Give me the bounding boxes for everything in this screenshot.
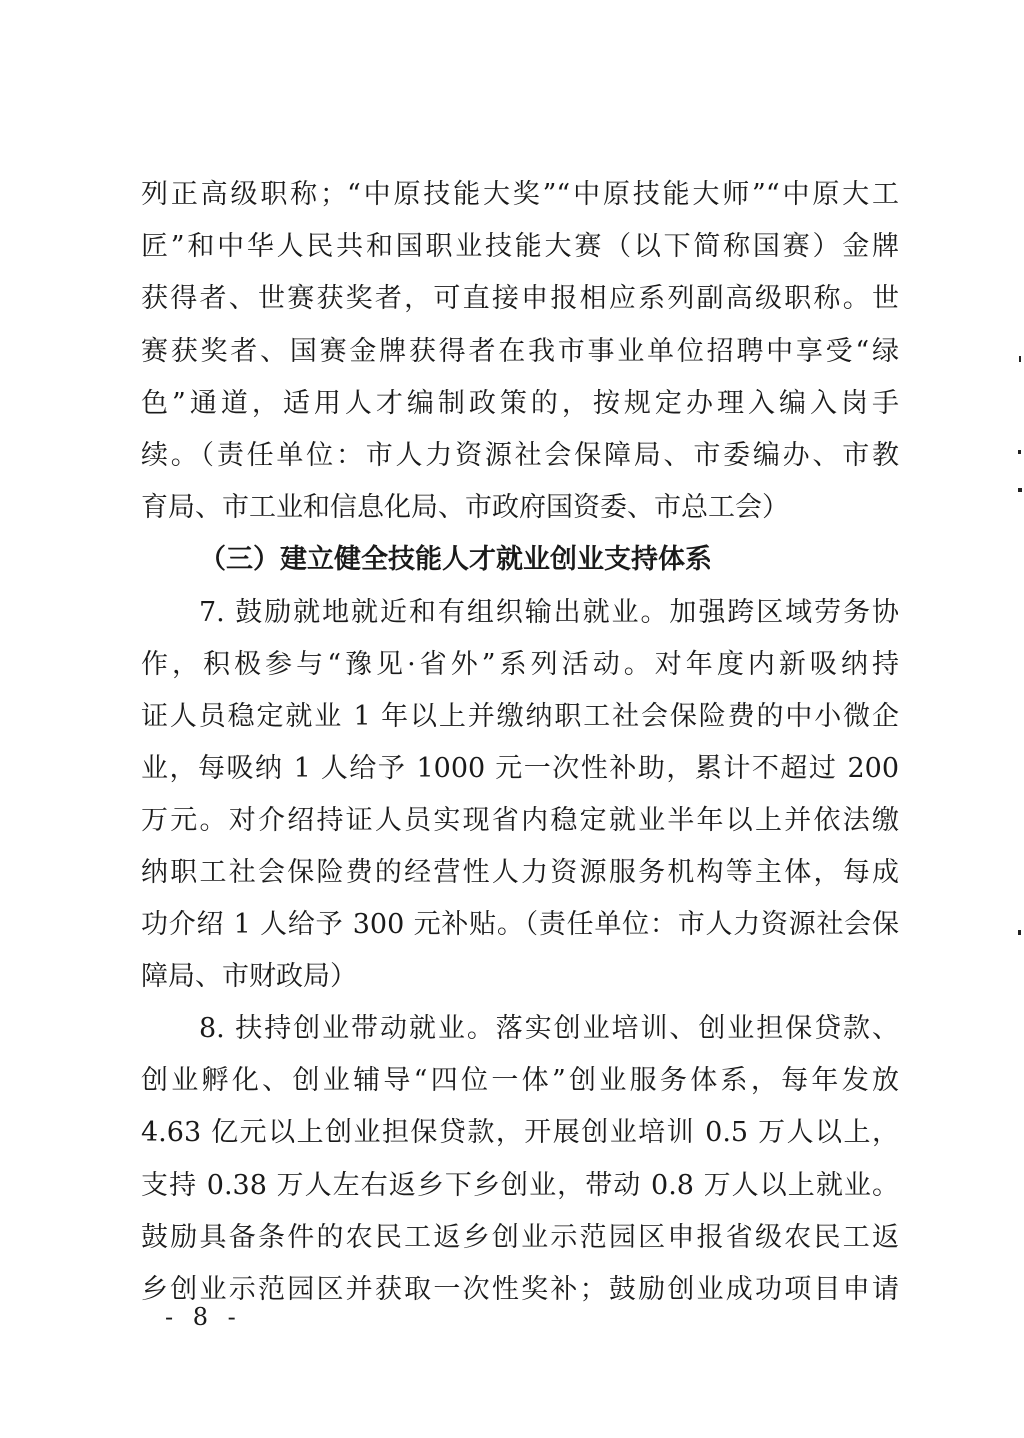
section-heading: （三）建立健全技能人才就业创业支持体系 — [199, 543, 899, 577]
scan-artifact — [1018, 450, 1021, 454]
item-8-line: 8. 扶持创业带动就业。落实创业培训、创业担保贷款、 — [199, 1012, 899, 1046]
text-line: 获得者、世赛获奖者，可直接申报相应系列副高级职称。世 — [141, 282, 899, 316]
scan-artifact — [1019, 356, 1021, 362]
scan-artifact — [1018, 930, 1021, 935]
item-8-line: 乡创业示范园区并获取一次性奖补；鼓励创业成功项目申请 — [141, 1273, 899, 1307]
page-number: - 8 - — [165, 1302, 242, 1332]
text-line: 育局、市工业和信息化局、市政府国资委、市总工会） — [141, 491, 899, 525]
item-8-line: 鼓励具备条件的农民工返乡创业示范园区申报省级农民工返 — [141, 1221, 899, 1255]
item-7-line: 障局、市财政局） — [141, 960, 899, 994]
item-7-line: 万元。对介绍持证人员实现省内稳定就业半年以上并依法缴 — [141, 804, 899, 838]
text-line: 色”通道，适用人才编制政策的，按规定办理入编入岗手 — [141, 387, 899, 421]
item-7-line: 纳职工社会保险费的经营性人力资源服务机构等主体，每成 — [141, 856, 899, 890]
item-7-line: 功介绍 1 人给予 300 元补贴。（责任单位：市人力资源社会保 — [141, 908, 899, 942]
item-8-line: 4.63 亿元以上创业担保贷款，开展创业培训 0.5 万人以上， — [141, 1116, 899, 1150]
text-line: 列正高级职称；“中原技能大奖”“中原技能大师”“中原大工 — [141, 178, 899, 212]
item-7-line: 7. 鼓励就地就近和有组织输出就业。加强跨区域劳务协 — [199, 596, 899, 630]
text-line: 匠”和中华人民共和国职业技能大赛（以下简称国赛）金牌 — [141, 230, 899, 264]
text-line: 赛获奖者、国赛金牌获得者在我市事业单位招聘中享受“绿 — [141, 335, 899, 369]
item-8-line: 创业孵化、创业辅导“四位一体”创业服务体系，每年发放 — [141, 1064, 899, 1098]
item-7-line: 业，每吸纳 1 人给予 1000 元一次性补助，累计不超过 200 — [141, 752, 899, 786]
item-7-line: 作，积极参与“豫见·省外”系列活动。对年度内新吸纳持 — [141, 648, 899, 682]
scan-artifact — [1018, 488, 1022, 492]
text-line: 续。（责任单位：市人力资源社会保障局、市委编办、市教 — [141, 439, 899, 473]
item-8-line: 支持 0.38 万人左右返乡下乡创业，带动 0.8 万人以上就业。 — [141, 1169, 899, 1203]
item-7-line: 证人员稳定就业 1 年以上并缴纳职工社会保险费的中小微企 — [141, 700, 899, 734]
document-page: 列正高级职称；“中原技能大奖”“中原技能大师”“中原大工 匠”和中华人民共和国职… — [0, 0, 1024, 1438]
